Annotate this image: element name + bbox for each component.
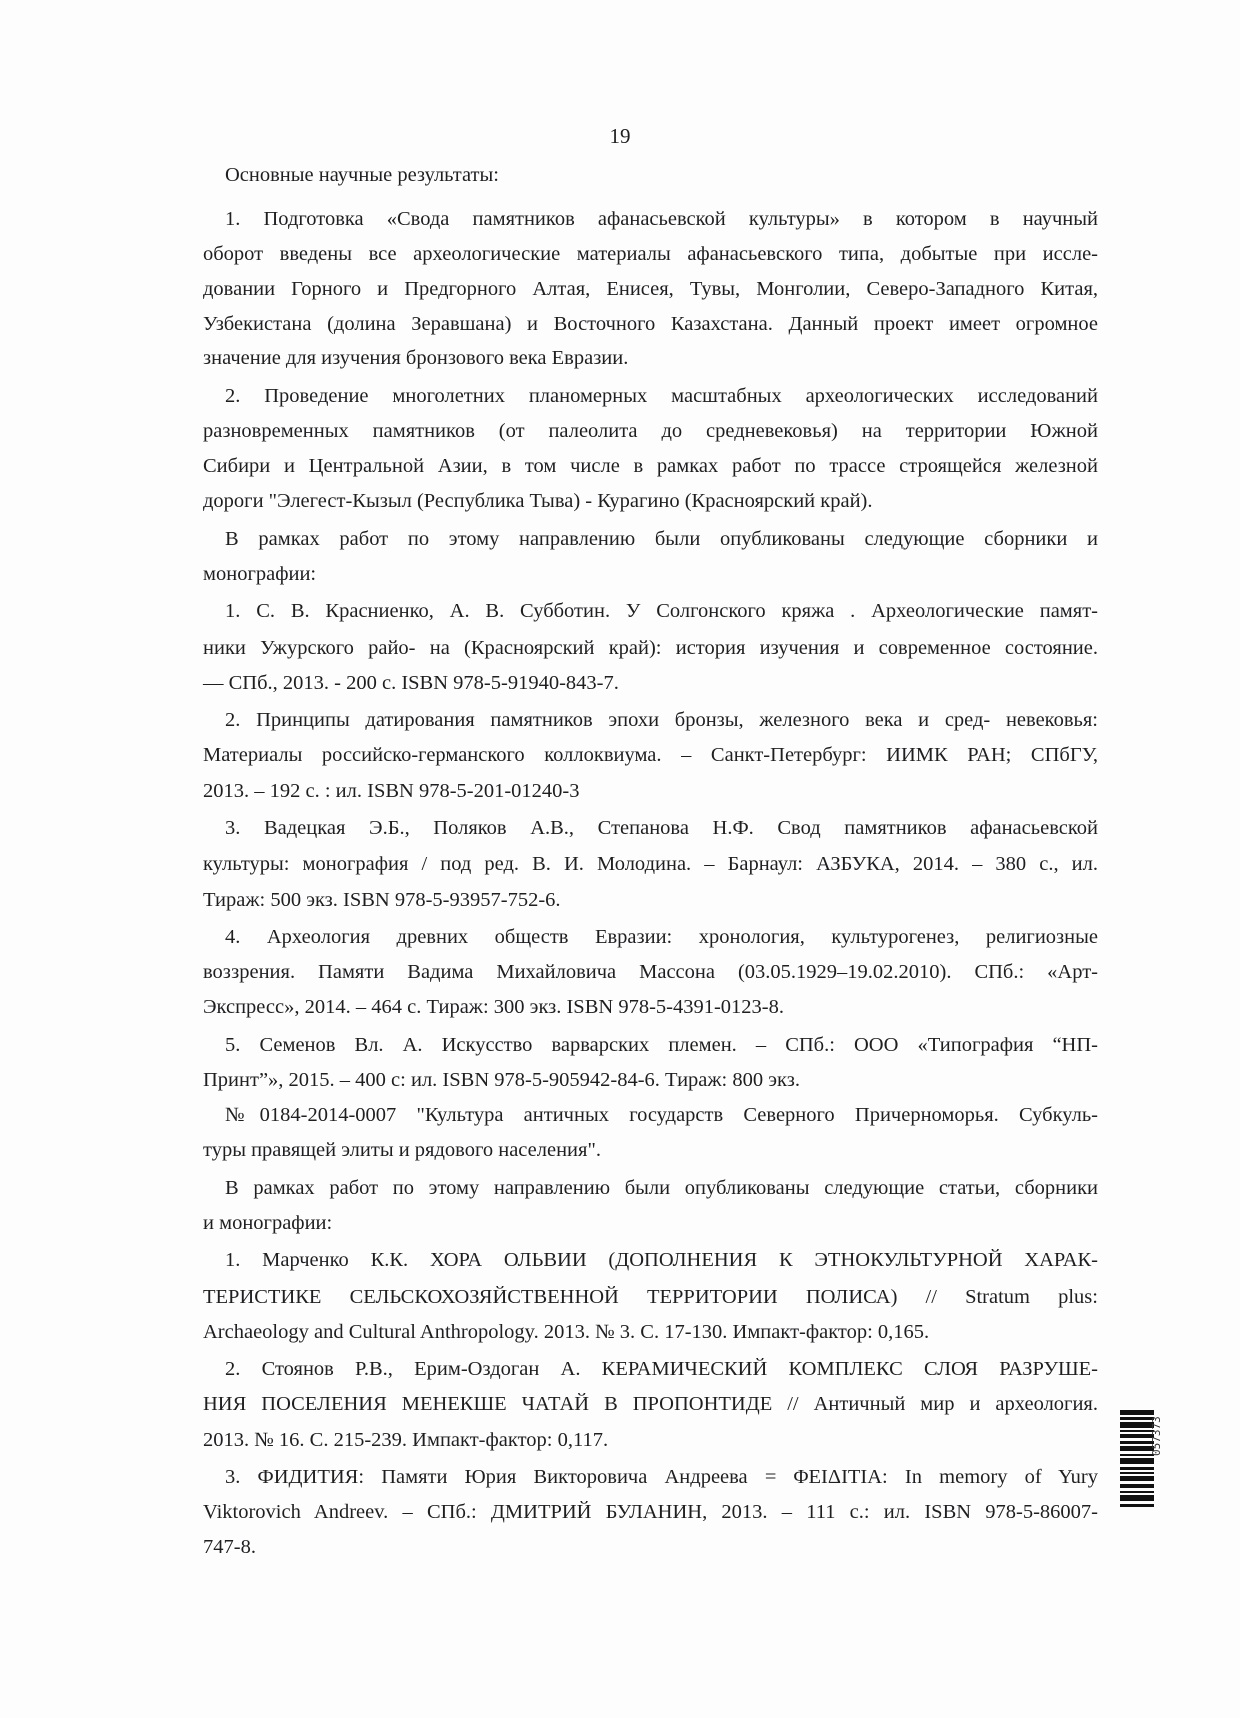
text-line: №0184-2014-0007 "Культура античных госуд… [225, 1102, 1098, 1128]
text-line: Принт”», 2015. – 400 с: ил. ISBN 978-5-9… [203, 1067, 1098, 1093]
text-line: Экспресс», 2014. – 464 с. Тираж: 300 экз… [203, 994, 1098, 1020]
text-line: воззрения. Памяти Вадима Михайловича Мас… [203, 959, 1098, 985]
text-line: 2. Принципы датирования памятников эпохи… [225, 707, 1098, 733]
text-line: Узбекистана (долина Зеравшана) и Восточн… [203, 311, 1098, 337]
text-line: довании Горного и Предгорного Алтая, Ени… [203, 276, 1098, 302]
text-line: В рамках работ по этому направлению были… [225, 526, 1098, 552]
text-line: туры правящей элиты и рядового населения… [203, 1137, 1098, 1163]
text-line: 3. Вадецкая Э.Б., Поляков А.В., Степанов… [225, 815, 1098, 841]
text-line: 1. Подготовка «Свода памятников афанасье… [225, 206, 1098, 232]
text-line: 747-8. [203, 1534, 1098, 1560]
page-number: 19 [0, 124, 1240, 149]
text-line: и монографии: [203, 1210, 1098, 1236]
text-line: 2. Проведение многолетних планомерных ма… [225, 383, 1098, 409]
text-line: НИЯ ПОСЕЛЕНИЯ МЕНЕКШЕ ЧАТАЙ В ПРОПОНТИДЕ… [203, 1391, 1098, 1417]
text-line: Сибири и Центральной Азии, в том числе в… [203, 453, 1098, 479]
text-line: значение для изучения бронзового века Ев… [203, 345, 1098, 371]
text-line: Archaeology and Cultural Anthropology. 2… [203, 1319, 1098, 1345]
text-line: монографии: [203, 561, 1098, 587]
text-line: Материалы российско-германского коллокви… [203, 742, 1098, 768]
text-line: 3. ФИДИТИЯ: Памяти Юрия Викторовича Андр… [225, 1464, 1098, 1490]
text-line: Основные научные результаты: [225, 162, 1120, 188]
text-line: 2013. – 192 с. : ил. ISBN 978-5-201-0124… [203, 778, 1098, 804]
barcode-number: 057373 [1150, 1416, 1163, 1456]
text-line: 1. Марченко К.К. ХОРА ОЛЬВИИ (ДОПОЛНЕНИЯ… [225, 1247, 1098, 1273]
text-line: 2. Стоянов Р.В., Ерим-Оздоган А. КЕРАМИЧ… [225, 1356, 1098, 1382]
text-line: 5. Семенов Вл. А. Искусство варварских п… [225, 1032, 1098, 1058]
text-line: дороги "Элегест-Кызыл (Республика Тыва) … [203, 488, 1098, 514]
text-line: 4. Археология древних обществ Евразии: х… [225, 924, 1098, 950]
text-line: культуры: монография / под ред. В. И. Мо… [203, 851, 1098, 877]
scanned-page: 19 Основные научные результаты:1. Подгот… [0, 0, 1240, 1718]
text-line: Viktorovich Andreev. – СПб.: ДМИТРИЙ БУЛ… [203, 1499, 1098, 1525]
text-line: В рамках работ по этому направлению были… [225, 1175, 1098, 1201]
text-line: — СПб., 2013. - 200 с. ISBN 978-5-91940-… [203, 670, 1098, 696]
text-line: ТЕРИСТИКЕ СЕЛЬСКОХОЗЯЙСТВЕННОЙ ТЕРРИТОРИ… [203, 1284, 1098, 1310]
text-line: Тираж: 500 экз. ISBN 978-5-93957-752-6. [203, 887, 1098, 913]
barcode-icon [1120, 1410, 1154, 1510]
text-line: разновременных памятников (от палеолита … [203, 418, 1098, 444]
text-line: ники Ужурского райо- на (Красноярский кр… [203, 635, 1098, 661]
text-line: 2013. № 16. С. 215-239. Импакт-фактор: 0… [203, 1427, 1098, 1453]
text-line: оборот введены все археологические матер… [203, 241, 1098, 267]
text-line: 1. С. В. Красниенко, А. В. Субботин. У С… [225, 598, 1098, 624]
